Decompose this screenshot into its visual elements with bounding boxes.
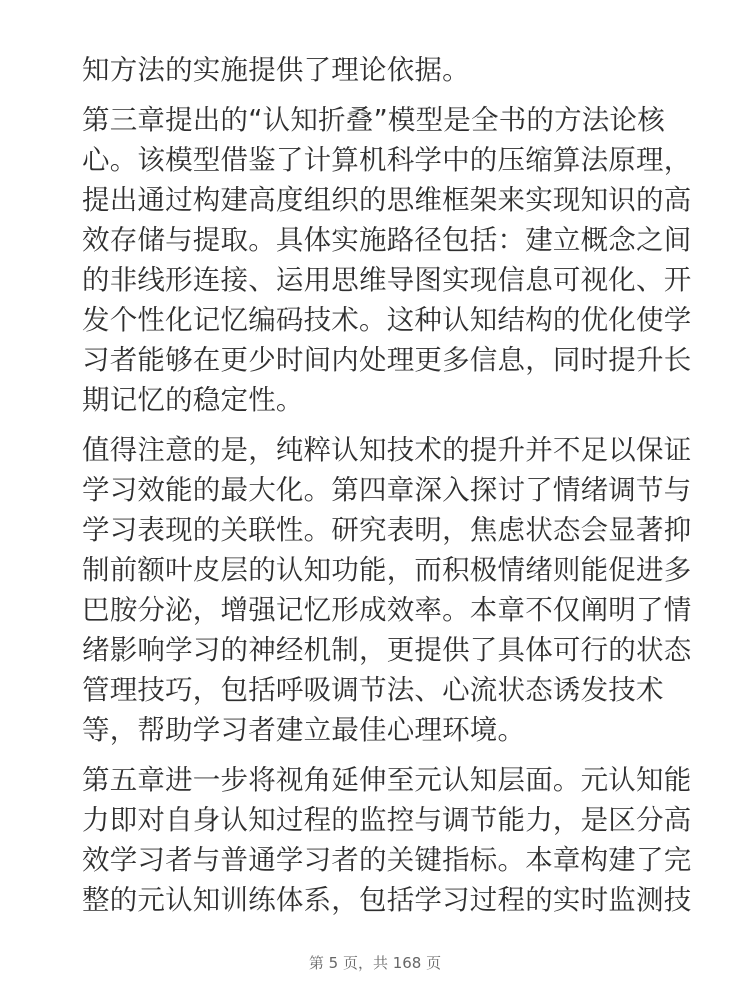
text-line: 学习表现的关联性。研究表明，焦虑状态会显著抑 [82, 510, 682, 550]
text-line: 巴胺分泌，增强记忆形成效率。本章不仅阐明了情 [82, 590, 682, 630]
page-number-footer: 第 5 页，共 168 页 [0, 952, 750, 974]
text-line: 效学习者与普通学习者的关键指标。本章构建了完 [82, 840, 682, 880]
text-line: 知方法的实施提供了理论依据。 [82, 50, 682, 90]
text-line: 提出通过构建高度组织的思维框架来实现知识的高 [82, 180, 682, 220]
text-line: 整的元认知训练体系，包括学习过程的实时监测技 [82, 880, 682, 920]
text-line: 力即对自身认知过程的监控与调节能力，是区分高 [82, 800, 682, 840]
text-line: 第三章提出的“认知折叠”模型是全书的方法论核 [82, 100, 682, 140]
text-line: 等，帮助学习者建立最佳心理环境。 [82, 710, 682, 750]
text-line: 习者能够在更少时间内处理更多信息，同时提升长 [82, 340, 682, 380]
text-line: 第五章进一步将视角延伸至元认知层面。元认知能 [82, 760, 682, 800]
paragraph-4: 第五章进一步将视角延伸至元认知层面。元认知能 力即对自身认知过程的监控与调节能力… [82, 760, 682, 920]
text-line: 学习效能的最大化。第四章深入探讨了情绪调节与 [82, 470, 682, 510]
text-line: 期记忆的稳定性。 [82, 380, 682, 420]
text-line: 管理技巧，包括呼吸调节法、心流状态诱发技术 [82, 670, 682, 710]
text-line: 绪影响学习的神经机制，更提供了具体可行的状态 [82, 630, 682, 670]
text-line: 的非线形连接、运用思维导图实现信息可视化、开 [82, 260, 682, 300]
document-page: 知方法的实施提供了理论依据。 第三章提出的“认知折叠”模型是全书的方法论核 心。… [0, 0, 750, 1000]
text-line: 发个性化记忆编码技术。这种认知结构的优化使学 [82, 300, 682, 340]
text-line: 制前额叶皮层的认知功能，而积极情绪则能促进多 [82, 550, 682, 590]
paragraph-1: 知方法的实施提供了理论依据。 [82, 50, 682, 90]
text-line: 值得注意的是，纯粹认知技术的提升并不足以保证 [82, 430, 682, 470]
paragraph-2: 第三章提出的“认知折叠”模型是全书的方法论核 心。该模型借鉴了计算机科学中的压缩… [82, 100, 682, 420]
paragraph-3: 值得注意的是，纯粹认知技术的提升并不足以保证 学习效能的最大化。第四章深入探讨了… [82, 430, 682, 750]
page-content: 知方法的实施提供了理论依据。 第三章提出的“认知折叠”模型是全书的方法论核 心。… [82, 50, 682, 930]
text-line: 效存储与提取。具体实施路径包括：建立概念之间 [82, 220, 682, 260]
text-line: 心。该模型借鉴了计算机科学中的压缩算法原理， [82, 140, 682, 180]
